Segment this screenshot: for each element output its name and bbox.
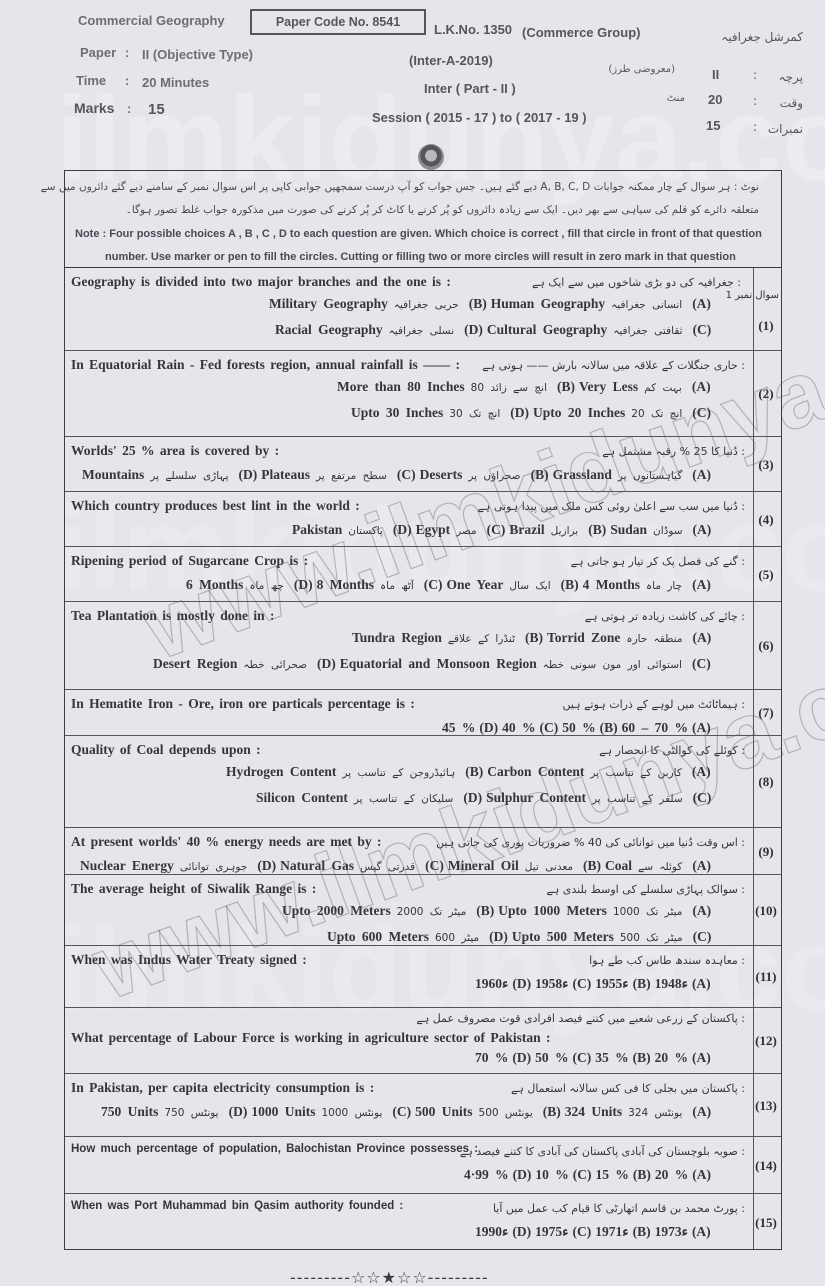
option-letter: (D): [512, 1050, 531, 1065]
option-text: Upto 1000 Meters: [498, 903, 607, 918]
option-text: Natural Gas: [280, 858, 354, 873]
option-text-urdu: قدرتی گیس: [360, 861, 415, 873]
option-letter: (B): [633, 976, 651, 991]
option-text: Upto 20 Inches: [533, 405, 625, 420]
question-text-urdu: : سوالک پہاڑی سلسلے کی اوسط بلندی ہے: [546, 883, 745, 896]
option-text: 20 %: [655, 1050, 688, 1065]
question-text-urdu: : کوئلے کی کوالٹی کا انحصار ہے: [599, 744, 745, 757]
options-line: Upto 2000 Meters2000 میٹر تک(B)Upto 1000…: [282, 903, 715, 919]
option-text-urdu: برازیل: [551, 525, 579, 537]
urdu-time-unit: منٹ: [667, 93, 685, 104]
option-text: 10 %: [535, 1167, 568, 1182]
paper-value: II (Objective Type): [142, 47, 253, 62]
options-line: Upto 600 Meters600 میٹر(D)Upto 500 Meter…: [327, 929, 715, 945]
option-letter: (A): [692, 903, 711, 918]
part-name: Inter ( Part - II ): [424, 81, 516, 96]
urdu-time-label: وقت: [780, 96, 803, 110]
urdu-paper-type: (معروضی طرز): [608, 64, 675, 75]
option-text: Upto 30 Inches: [351, 405, 443, 420]
urdu-separator: :: [753, 94, 757, 108]
option-text: 1955ء: [595, 976, 628, 991]
question-text-english: When was Indus Water Treaty signed :: [71, 952, 307, 968]
option-text: Egypt: [416, 522, 451, 537]
option-text: Plateaus: [261, 467, 310, 482]
marks-value: 15: [148, 101, 165, 118]
option-letter: (A): [692, 720, 711, 735]
marks-separator: :: [127, 101, 131, 116]
question-text-urdu: : معاہدہ سندھ طاس کب طے ہوا: [589, 954, 745, 967]
option-text-urdu: گیاہستانوں پر: [618, 470, 682, 482]
option-letter: (A): [692, 1167, 711, 1182]
option-text-urdu: 1000 یونٹس: [322, 1107, 383, 1119]
option-letter: (C): [572, 976, 591, 991]
option-text: 50 %: [535, 1050, 568, 1065]
question-text-english: Worlds' 25 % area is covered by :: [71, 443, 279, 459]
options-line: Racial Geographyنسلی جغرافیہ(D)Cultural …: [275, 322, 715, 338]
option-text: One Year: [447, 577, 504, 592]
question-text-urdu: : صوبہ بلوچستان کی آبادی پاکستان کی آباد…: [460, 1145, 745, 1158]
option-text: Very Less: [579, 379, 638, 394]
option-text: 1958ء: [535, 976, 568, 991]
question-row: (14)How much percentage of population, B…: [65, 1136, 781, 1193]
option-letter: (C): [573, 1050, 592, 1065]
question-text-english: Which country produces best lint in the …: [71, 498, 360, 514]
question-text-urdu: : دُنیا کا 25 % رقبہ مشتمل ہے: [602, 445, 745, 458]
option-text-urdu: چار ماہ: [646, 580, 682, 592]
paper-label: Paper: [80, 45, 116, 60]
option-letter: (D): [463, 790, 482, 805]
urdu-marks-label: نمبرات: [768, 122, 803, 136]
option-letter: (C): [692, 405, 711, 420]
options-line: 6 Monthsچھ ماہ(D)8 Monthsآٹھ ماہ(C)One Y…: [186, 577, 715, 593]
option-text: Deserts: [420, 467, 463, 482]
option-text: Pakistan: [292, 522, 342, 537]
option-text-urdu: ہائیڈروجن کے تناسب پر: [342, 767, 455, 779]
option-letter: (C): [693, 790, 712, 805]
option-letter: (A): [692, 858, 711, 873]
option-letter: (A): [692, 379, 711, 394]
option-letter: (A): [692, 467, 711, 482]
option-text: 1971ء: [595, 1224, 628, 1239]
option-letter: (C): [573, 1167, 592, 1182]
options-line: 45 %(D)40 %(C)50 %(B)60 – 70 %(A): [442, 720, 715, 736]
option-letter: (A): [692, 976, 711, 991]
option-text-urdu: صحرائی خطہ: [243, 659, 307, 671]
question-row: (3)Worlds' 25 % area is covered by :: دُ…: [65, 436, 781, 491]
option-letter: (D): [489, 929, 508, 944]
option-letter: (C): [397, 467, 416, 482]
question-text-english: At present worlds' 40 % energy needs are…: [71, 834, 381, 850]
option-letter: (B): [561, 577, 579, 592]
option-text: 60 – 70 %: [622, 720, 688, 735]
option-letter: (C): [540, 720, 559, 735]
option-text-urdu: 20 انچ تک: [631, 408, 682, 420]
option-letter: (C): [392, 1104, 411, 1119]
option-text-urdu: منطقہ حارہ: [626, 633, 682, 645]
question-number: (3): [751, 457, 781, 473]
options-line: Military Geographyحربی جغرافیہ(B)Human G…: [269, 296, 715, 312]
option-letter: (B): [469, 296, 487, 311]
option-text: 1973ء: [655, 1224, 688, 1239]
questions-table: سوال نمبر 1 (1)Geography is divided into…: [64, 267, 782, 1250]
question-number: (2): [751, 386, 781, 402]
option-text: 40 %: [502, 720, 535, 735]
option-letter: (A): [692, 1104, 711, 1119]
question-text-english: What percentage of Labour Force is worki…: [71, 1030, 550, 1046]
option-text: 1000 Units: [251, 1104, 315, 1119]
option-text-urdu: ثقافتی جغرافیہ: [613, 325, 682, 337]
option-letter: (D): [393, 522, 412, 537]
question-text-urdu: : گنے کی فصل پک کر تیار ہو جاتی ہے: [571, 555, 745, 568]
option-text-urdu: 30 انچ تک: [449, 408, 500, 420]
option-text-urdu: پاکستان: [348, 525, 383, 537]
option-letter: (C): [692, 656, 711, 671]
option-text-urdu: 2000 میٹر تک: [397, 906, 466, 918]
options-line: 750 Units750 یونٹس(D)1000 Units1000 یونٹ…: [101, 1104, 715, 1120]
subject-title: Commercial Geography: [78, 13, 225, 28]
question-text-english: Quality of Coal depends upon :: [71, 742, 261, 758]
option-text-urdu: سلیکان کے تناسب پر: [354, 793, 453, 805]
option-text-urdu: 600 میٹر: [435, 932, 479, 944]
question-number: (1): [751, 318, 781, 334]
question-row: (9)At present worlds' 40 % energy needs …: [65, 827, 781, 874]
question-row: (15)When was Port Muhammad bin Qasim aut…: [65, 1193, 781, 1251]
options-line: 4·99 %(D)10 %(C)15 %(B)20 %(A): [464, 1167, 715, 1183]
instructions-note: نوٹ : ہر سوال کے چار ممکنہ جوابات A, B, …: [64, 170, 782, 267]
option-text-urdu: سطح مرتفع پر: [316, 470, 387, 482]
urdu-separator: :: [753, 68, 757, 82]
option-text: Military Geography: [269, 296, 388, 311]
option-letter: (A): [692, 1050, 711, 1065]
option-text-urdu: سلفر کے تناسب پر: [592, 793, 683, 805]
options-line: Silicon Contentسلیکان کے تناسب پر(D)Sulp…: [256, 790, 715, 806]
time-separator: :: [125, 73, 129, 88]
option-text-urdu: 750 یونٹس: [164, 1107, 218, 1119]
option-letter: (D): [294, 577, 313, 592]
question-number: (9): [751, 844, 781, 860]
option-text-urdu: صحراؤں پر: [468, 470, 520, 482]
option-letter: (B): [633, 1050, 651, 1065]
option-text: Nuclear Energy: [80, 858, 174, 873]
time-value: 20 Minutes: [142, 75, 209, 90]
option-text: 1960ء: [475, 976, 508, 991]
option-letter: (B): [531, 467, 549, 482]
question-text-urdu: : ہیماٹائٹ میں لوہے کے ذرات ہوتے ہیں: [562, 698, 745, 711]
urdu-subject: کمرشل جغرافیہ: [721, 30, 803, 44]
question-number: (15): [751, 1215, 781, 1231]
option-text-urdu: پہاڑی سلسلے پر: [150, 470, 228, 482]
question-number: (5): [751, 567, 781, 583]
option-text: Coal: [605, 858, 632, 873]
marks-label: Marks: [74, 100, 114, 116]
option-text: Grassland: [553, 467, 612, 482]
option-text-urdu: حربی جغرافیہ: [394, 299, 459, 311]
option-letter: (D): [512, 976, 531, 991]
options-line: Mountainsپہاڑی سلسلے پر(D)Plateausسطح مر…: [82, 467, 715, 483]
option-letter: (B): [600, 720, 618, 735]
option-text-urdu: ایک سال: [509, 580, 550, 592]
note-urdu-line-1: نوٹ : ہر سوال کے چار ممکنہ جوابات A, B, …: [41, 181, 759, 193]
question-text-urdu: : جغرافیہ کی دو بڑی شاخوں میں سے ایک ہے: [532, 276, 741, 289]
options-line: Pakistanپاکستان(D)Egyptمصر(C)Brazilبرازی…: [292, 522, 715, 538]
option-letter: (B): [588, 522, 606, 537]
question-number: (14): [751, 1158, 781, 1174]
options-line: Hydrogen Contentہائیڈروجن کے تناسب پر(B)…: [226, 764, 715, 780]
option-text-urdu: استوائی اور مون سونی خطہ: [543, 659, 682, 671]
question-text-urdu: : پاکستان کے زرعی شعبے میں کتنے فیصد افر…: [416, 1012, 745, 1025]
lk-number: L.K.No. 1350: [434, 22, 512, 37]
options-line: 70 %(D)50 %(C)35 %(B)20 %(A): [475, 1050, 715, 1066]
option-text: Upto 2000 Meters: [282, 903, 391, 918]
option-text-urdu: 324 یونٹس: [628, 1107, 682, 1119]
question-text-english: The average height of Siwalik Range is :: [71, 881, 316, 897]
option-text: More than 80 Inches: [337, 379, 465, 394]
question-text-english: In Equatorial Rain - Fed forests region,…: [71, 357, 460, 373]
option-text-urdu: مصر: [456, 525, 477, 537]
option-text: 1990ء: [475, 1224, 508, 1239]
option-text-urdu: 500 یونٹس: [479, 1107, 533, 1119]
options-line: Nuclear Energyجوہری توانائی(D)Natural Ga…: [80, 858, 715, 874]
question-text-english: In Pakistan, per capita electricity cons…: [71, 1080, 374, 1096]
option-text: Upto 600 Meters: [327, 929, 429, 944]
option-text: 324 Units: [565, 1104, 622, 1119]
question-number: (6): [751, 638, 781, 654]
option-text: Human Geography: [491, 296, 605, 311]
option-text: Hydrogen Content: [226, 764, 336, 779]
option-text-urdu: 500 میٹر تک: [620, 932, 683, 944]
option-text: 45 %: [442, 720, 475, 735]
option-letter: (C): [425, 858, 444, 873]
options-line: 1990ء(D)1975ء(C)1971ء(B)1973ء(A): [475, 1224, 715, 1240]
question-text-english: Geography is divided into two major bran…: [71, 274, 451, 290]
option-letter: (D): [479, 720, 498, 735]
question-text-english: In Hematite Iron - Ore, iron ore partica…: [71, 696, 415, 712]
option-text: Torrid Zone: [547, 630, 620, 645]
option-text: Desert Region: [153, 656, 237, 671]
question-text-urdu: : حاری جنگلات کے علاقہ میں سالانہ بارش —…: [482, 359, 745, 372]
option-letter: (C): [693, 322, 712, 337]
question-number: (13): [751, 1098, 781, 1114]
option-letter: (B): [633, 1224, 651, 1239]
option-letter: (C): [693, 929, 712, 944]
question-text-english: Tea Plantation is mostly done in :: [71, 608, 275, 624]
question-text-english: When was Port Muhammad bin Qasim authori…: [71, 1200, 403, 1212]
option-text: Silicon Content: [256, 790, 348, 805]
question-text-urdu: : پورٹ محمد بن قاسم اتھارٹی کا قیام کب ع…: [493, 1202, 745, 1215]
note-english-line-1: Note : Four possible choices A , B , C ,…: [75, 228, 762, 240]
option-letter: (D): [512, 1224, 531, 1239]
options-line: More than 80 Inches80 انچ سے زائد(B)Very…: [337, 379, 715, 395]
option-letter: (D): [229, 1104, 248, 1119]
option-text: 6 Months: [186, 577, 243, 592]
question-row: (8)Quality of Coal depends upon :: کوئلے…: [65, 735, 781, 827]
option-text-urdu: 80 انچ سے زائد: [471, 382, 547, 394]
options-line: Desert Regionصحرائی خطہ(D)Equatorial and…: [153, 656, 715, 672]
option-text: 1948ء: [655, 976, 688, 991]
option-text: Mineral Oil: [448, 858, 519, 873]
option-text: 1975ء: [535, 1224, 568, 1239]
paper-separator: :: [125, 45, 129, 60]
question-row: (5)Ripening period of Sugarcane Crop is …: [65, 546, 781, 601]
question-row: (13)In Pakistan, per capita electricity …: [65, 1073, 781, 1136]
option-text-urdu: چھ ماہ: [249, 580, 283, 592]
option-letter: (B): [465, 764, 483, 779]
question-row: (10)The average height of Siwalik Range …: [65, 874, 781, 945]
option-letter: (A): [692, 1224, 711, 1239]
urdu-time-value: 20: [708, 92, 722, 107]
option-text-urdu: آٹھ ماہ: [380, 580, 414, 592]
question-number: (10): [751, 903, 781, 919]
option-letter: (A): [693, 522, 712, 537]
time-label: Time: [76, 73, 106, 88]
note-urdu-line-2: متعلقہ دائرے کو قلم کی سیاہی سے بھر دیں۔…: [126, 204, 759, 216]
question-number: (8): [751, 774, 781, 790]
option-letter: (A): [692, 764, 711, 779]
option-text: 70 %: [475, 1050, 508, 1065]
paper-code: Paper Code No. 8541: [276, 15, 400, 29]
options-line: 1960ء(D)1958ء(C)1955ء(B)1948ء(A): [475, 976, 715, 992]
option-letter: (B): [583, 858, 601, 873]
question-row: (2)In Equatorial Rain - Fed forests regi…: [65, 350, 781, 436]
option-letter: (A): [693, 630, 712, 645]
option-letter: (D): [464, 322, 483, 337]
option-letter: (B): [557, 379, 575, 394]
option-letter: (C): [424, 577, 443, 592]
option-text-urdu: بہت کم: [644, 382, 682, 394]
option-text: Mountains: [82, 467, 144, 482]
option-text: Sulphur Content: [486, 790, 586, 805]
option-letter: (B): [543, 1104, 561, 1119]
option-text-urdu: کاربن کے تناسب پر: [590, 767, 681, 779]
option-text-urdu: سوڈان: [653, 525, 683, 537]
question-row: (1)Geography is divided into two major b…: [65, 268, 781, 350]
end-of-paper-marker: ---------☆☆★☆☆---------: [290, 1268, 489, 1286]
question-row: (6)Tea Plantation is mostly done in :: چ…: [65, 601, 781, 689]
option-letter: (B): [476, 903, 494, 918]
question-text-english: Ripening period of Sugarcane Crop is :: [71, 553, 308, 569]
paper-code-box: Paper Code No. 8541: [250, 9, 426, 35]
option-text: 35 %: [595, 1050, 628, 1065]
option-letter: (A): [692, 296, 711, 311]
option-letter: (D): [510, 405, 529, 420]
option-letter: (A): [692, 577, 711, 592]
option-text: 4 Months: [583, 577, 640, 592]
option-text: Sudan: [610, 522, 647, 537]
option-text-urdu: نسلی جغرافیہ: [389, 325, 454, 337]
option-text: 15 %: [596, 1167, 629, 1182]
question-row: (11)When was Indus Water Treaty signed :…: [65, 945, 781, 1007]
question-text-urdu: : اس وقت دُنیا میں توانائی کی 40 % ضروری…: [436, 836, 745, 849]
option-text: Tundra Region: [352, 630, 442, 645]
question-number: (7): [751, 705, 781, 721]
question-number: (12): [751, 1033, 781, 1049]
options-line: Tundra Regionٹنڈرا کے علاقے(B)Torrid Zon…: [352, 630, 715, 646]
question-text-urdu: : چائے کی کاشت زیادہ تر ہوتی ہے: [585, 610, 745, 623]
session: Session ( 2015 - 17 ) to ( 2017 - 19 ): [372, 110, 587, 125]
options-line: Upto 30 Inches30 انچ تک(D)Upto 20 Inches…: [351, 405, 715, 421]
option-letter: (C): [487, 522, 506, 537]
urdu-separator: :: [753, 120, 757, 134]
group-name: (Commerce Group): [522, 25, 640, 40]
urdu-paper-value: II: [712, 67, 719, 82]
option-text: 50 %: [562, 720, 595, 735]
option-text: Carbon Content: [487, 764, 584, 779]
option-letter: (D): [513, 1167, 532, 1182]
option-text: Racial Geography: [275, 322, 383, 337]
urdu-marks-value: 15: [706, 118, 720, 133]
option-text: 8 Months: [317, 577, 374, 592]
note-english-line-2: number. Use marker or pen to fill the ci…: [105, 251, 736, 263]
option-text: Brazil: [509, 522, 544, 537]
question-number: (11): [751, 969, 781, 985]
option-text: 4·99 %: [464, 1167, 509, 1182]
question-text-urdu: : دُنیا میں سب سے اعلیٰ روئی کس ملک میں …: [477, 500, 745, 513]
option-text: 500 Units: [415, 1104, 472, 1119]
option-text: Equatorial and Monsoon Region: [340, 656, 537, 671]
option-text: 20 %: [655, 1167, 688, 1182]
option-letter: (D): [257, 858, 276, 873]
option-text: Upto 500 Meters: [512, 929, 614, 944]
option-text-urdu: ٹنڈرا کے علاقے: [448, 633, 515, 645]
option-text: 750 Units: [101, 1104, 158, 1119]
exam-name: (Inter-A-2019): [409, 53, 493, 68]
option-letter: (C): [572, 1224, 591, 1239]
option-letter: (D): [317, 656, 336, 671]
option-text-urdu: کوئلہ سے: [638, 861, 682, 873]
option-text-urdu: معدنی تیل: [525, 861, 573, 873]
option-text-urdu: انسانی جغرافیہ: [611, 299, 682, 311]
urdu-paper-label: پرچہ: [779, 70, 803, 84]
question-number: (4): [751, 512, 781, 528]
option-text-urdu: جوہری توانائی: [180, 861, 247, 873]
question-row: (7)In Hematite Iron - Ore, iron ore part…: [65, 689, 781, 735]
question-text-urdu: : پاکستان میں بجلی کا فی کس سالانہ استعم…: [511, 1082, 745, 1095]
question-text-english: How much percentage of population, Baloc…: [71, 1143, 478, 1155]
board-emblem-icon: [418, 144, 444, 170]
option-text-urdu: 1000 میٹر تک: [613, 906, 682, 918]
option-letter: (B): [525, 630, 543, 645]
option-letter: (B): [633, 1167, 651, 1182]
question-row: (12)What percentage of Labour Force is w…: [65, 1007, 781, 1073]
option-letter: (D): [239, 467, 258, 482]
question-row: (4)Which country produces best lint in t…: [65, 491, 781, 546]
option-text: Cultural Geography: [487, 322, 607, 337]
